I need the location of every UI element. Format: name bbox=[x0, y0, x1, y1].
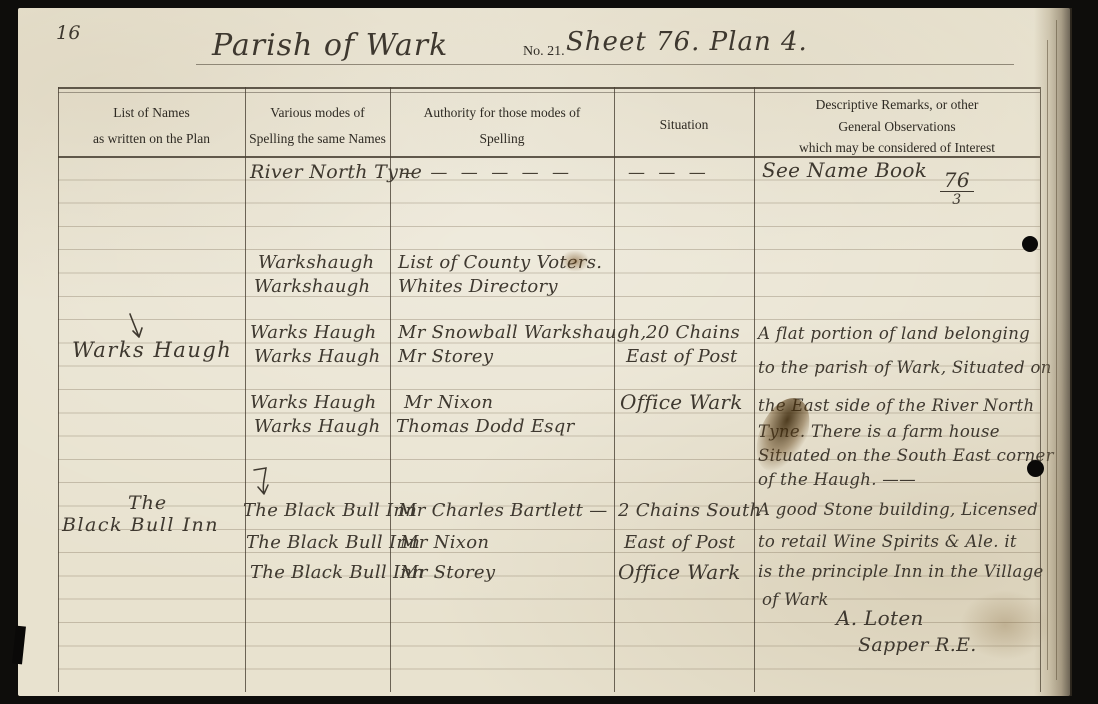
remark-line: of Wark bbox=[762, 590, 829, 609]
table-top-border-inner bbox=[58, 92, 1040, 93]
situation-dashes: — — — bbox=[628, 163, 710, 183]
column-header-authority-line2: Spelling bbox=[390, 126, 614, 152]
spelling-river-north-tyne: River North Tyne bbox=[250, 161, 422, 183]
authority-row: Mr Charles Bartlett — bbox=[398, 500, 608, 521]
sheet-no-label: No. 21. bbox=[523, 44, 565, 60]
remark-line: of the Haugh. —— bbox=[758, 470, 916, 489]
remark-line: to the parish of Wark, Situated on bbox=[758, 358, 1052, 377]
spelling-row: Warks Haugh bbox=[254, 416, 381, 437]
authority-row: Thomas Dodd Esqr bbox=[396, 416, 575, 437]
column-header-spelling-line1: Various modes of bbox=[245, 100, 390, 126]
surveyor-rank: Sapper R.E. bbox=[858, 634, 977, 656]
authority-row: Mr Nixon bbox=[400, 532, 489, 553]
authority-dashes: — — — — — — bbox=[400, 163, 573, 183]
spelling-row: Warks Haugh bbox=[254, 346, 381, 367]
tick-mark-black-bull-inn bbox=[250, 466, 276, 498]
remark-see-name-book: See Name Book 76 3 bbox=[762, 158, 974, 207]
scanned-document: 16 Parish of Wark No. 21. Sheet 76. Plan… bbox=[0, 0, 1098, 704]
column-header-remarks: Descriptive Remarks, or other General Ob… bbox=[754, 94, 1040, 159]
column-header-remarks-line3: which may be considered of Interest bbox=[754, 137, 1040, 159]
remark-line: A flat portion of land belonging bbox=[758, 324, 1030, 343]
sheet-plan-number: Sheet 76. Plan 4. bbox=[566, 27, 808, 57]
page-edge-line bbox=[1056, 20, 1057, 680]
spelling-row: The Black Bull Inn bbox=[250, 562, 424, 583]
column-header-situation: Situation bbox=[614, 112, 754, 138]
situation-line: East of Post bbox=[624, 532, 736, 553]
header-rule bbox=[196, 64, 1014, 65]
spelling-row: Warkshaugh bbox=[254, 276, 370, 297]
page-edge bbox=[1034, 8, 1072, 696]
binding-hole bbox=[1022, 236, 1038, 252]
authority-row: Whites Directory bbox=[398, 276, 558, 297]
surveyor-signature: A. Loten bbox=[836, 606, 924, 630]
remark-see-name-book-text: See Name Book bbox=[762, 158, 927, 182]
column-header-authority: Authority for those modes of Spelling bbox=[390, 100, 614, 152]
remark-line: Situated on the South East corner bbox=[758, 446, 1054, 465]
column-header-remarks-line2: General Observations bbox=[754, 116, 1040, 138]
spelling-row: Warks Haugh bbox=[250, 392, 377, 413]
column-header-authority-line1: Authority for those modes of bbox=[390, 100, 614, 126]
page-edge-line bbox=[1047, 40, 1048, 670]
situation-line: 20 Chains bbox=[646, 322, 740, 343]
ink-spot bbox=[560, 250, 590, 272]
name-book-fraction: 76 3 bbox=[940, 170, 974, 207]
authority-row: Mr Snowball Warkshaugh, bbox=[398, 322, 647, 343]
plan-name-warks-haugh: Warks Haugh bbox=[72, 338, 232, 362]
remark-line: is the principle Inn in the Village bbox=[758, 562, 1044, 581]
plan-name-the: The bbox=[128, 492, 167, 514]
table-border-left bbox=[58, 87, 59, 692]
fraction-denominator: 3 bbox=[952, 192, 961, 207]
spelling-row: The Black Bull Inn bbox=[243, 500, 417, 521]
situation-line: 2 Chains South bbox=[618, 500, 761, 521]
column-header-spelling-line2: Spelling the same Names bbox=[245, 126, 390, 152]
spelling-row: The Black Bull Inn bbox=[246, 532, 420, 553]
remark-line: to retail Wine Spirits & Ale. it bbox=[758, 532, 1017, 551]
spelling-row: Warkshaugh bbox=[258, 252, 374, 273]
column-divider-4 bbox=[754, 87, 755, 692]
authority-row: Mr Storey bbox=[400, 562, 495, 583]
spelling-row: Warks Haugh bbox=[250, 322, 377, 343]
binding-hole bbox=[1027, 460, 1044, 477]
fraction-numerator: 76 bbox=[940, 170, 974, 192]
authority-row: Mr Nixon bbox=[404, 392, 493, 413]
column-divider-1 bbox=[245, 87, 246, 692]
page-number: 16 bbox=[56, 22, 81, 44]
column-header-names-line1: List of Names bbox=[58, 100, 245, 126]
column-header-names: List of Names as written on the Plan bbox=[58, 100, 245, 152]
plan-name-black-bull-inn: Black Bull Inn bbox=[62, 514, 219, 536]
remark-line: A good Stone building, Licensed bbox=[758, 500, 1038, 519]
parish-title: Parish of Wark bbox=[212, 28, 448, 63]
situation-line: Office Wark bbox=[618, 560, 741, 584]
column-header-remarks-line1: Descriptive Remarks, or other bbox=[754, 94, 1040, 116]
table-top-border bbox=[58, 87, 1040, 89]
column-header-names-line2: as written on the Plan bbox=[58, 126, 245, 152]
column-divider-3 bbox=[614, 87, 615, 692]
situation-line: East of Post bbox=[626, 346, 738, 367]
column-header-spelling: Various modes of Spelling the same Names bbox=[245, 100, 390, 152]
column-header-situation-line1: Situation bbox=[614, 112, 754, 138]
authority-row: Mr Storey bbox=[398, 346, 493, 367]
situation-line: Office Wark bbox=[620, 390, 743, 414]
